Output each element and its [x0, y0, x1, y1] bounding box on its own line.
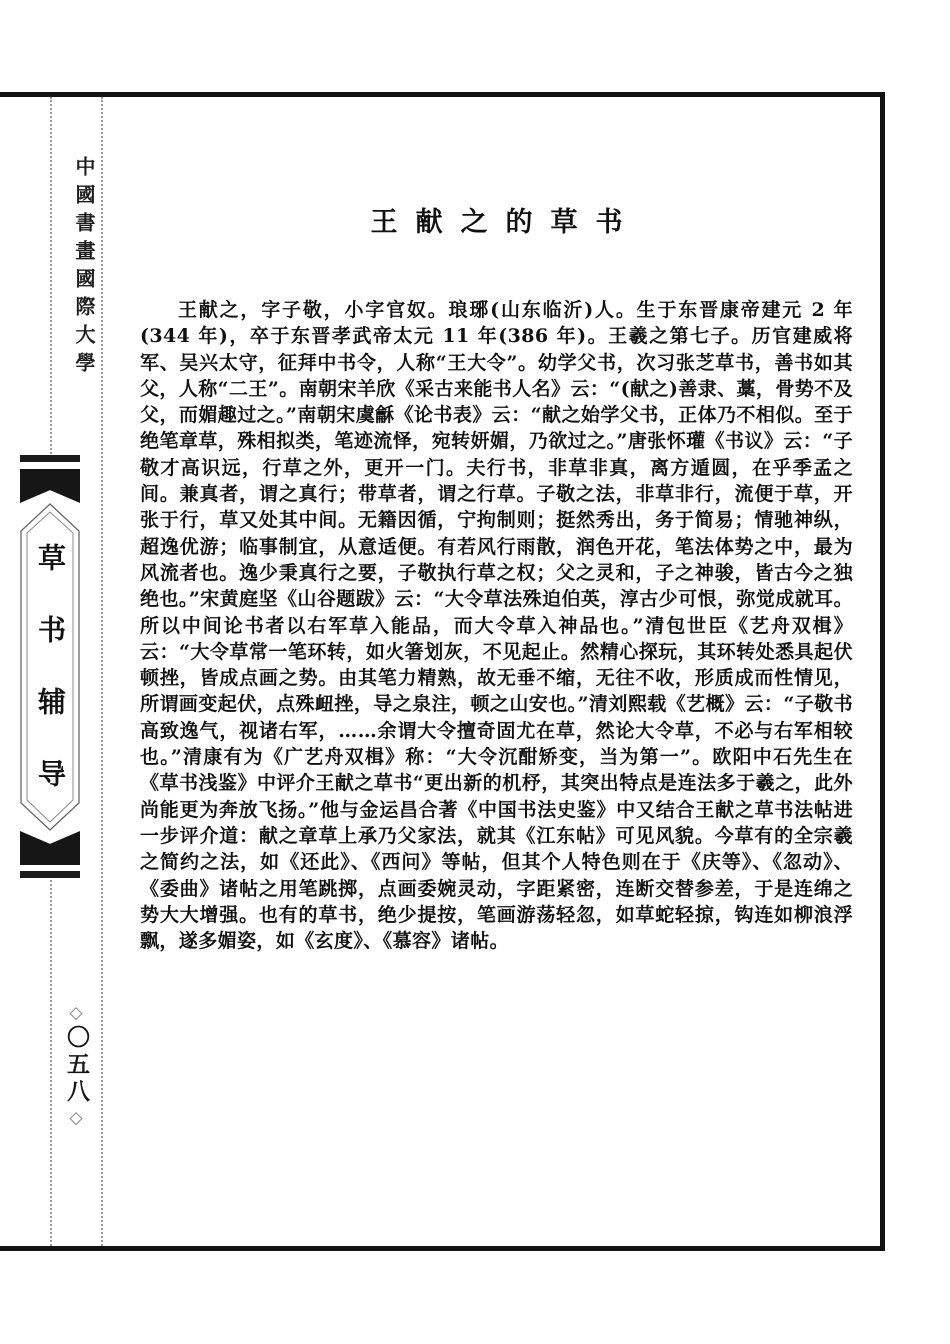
book-page: 中國書畫國際大學 草书辅导 ◇ 〇五八 ◇ 王献之的草书 王献之，字子敬，小字官…	[0, 0, 950, 1344]
series-title: 草书辅导	[20, 503, 80, 831]
diamond-ornament-top-icon: ◇	[69, 1003, 82, 1023]
series-emblem: 草书辅导	[20, 455, 80, 878]
sidebar-rule-right	[101, 97, 103, 1246]
page-number-block: ◇ 〇五八 ◇	[53, 1003, 99, 1128]
emblem-box: 草书辅导	[20, 503, 80, 831]
emblem-bottom-bar	[20, 871, 80, 878]
page-number: 〇五八	[53, 1025, 99, 1106]
emblem-top-bar	[20, 455, 80, 462]
institution-title: 中國書畫國際大學	[53, 153, 99, 383]
emblem-ribbon-top	[20, 469, 80, 503]
diamond-ornament-bottom-icon: ◇	[69, 1108, 82, 1128]
page-border-right	[880, 92, 885, 1251]
article-body: 王献之，字子敬，小字官奴。琅琊(山东临沂)人。生于东晋康帝建元 2 年(344 …	[140, 297, 853, 954]
page-border-bottom	[0, 1246, 885, 1251]
page-border-top	[0, 92, 885, 97]
emblem-ribbon-bottom	[20, 831, 80, 865]
article-title: 王献之的草书	[140, 200, 853, 239]
